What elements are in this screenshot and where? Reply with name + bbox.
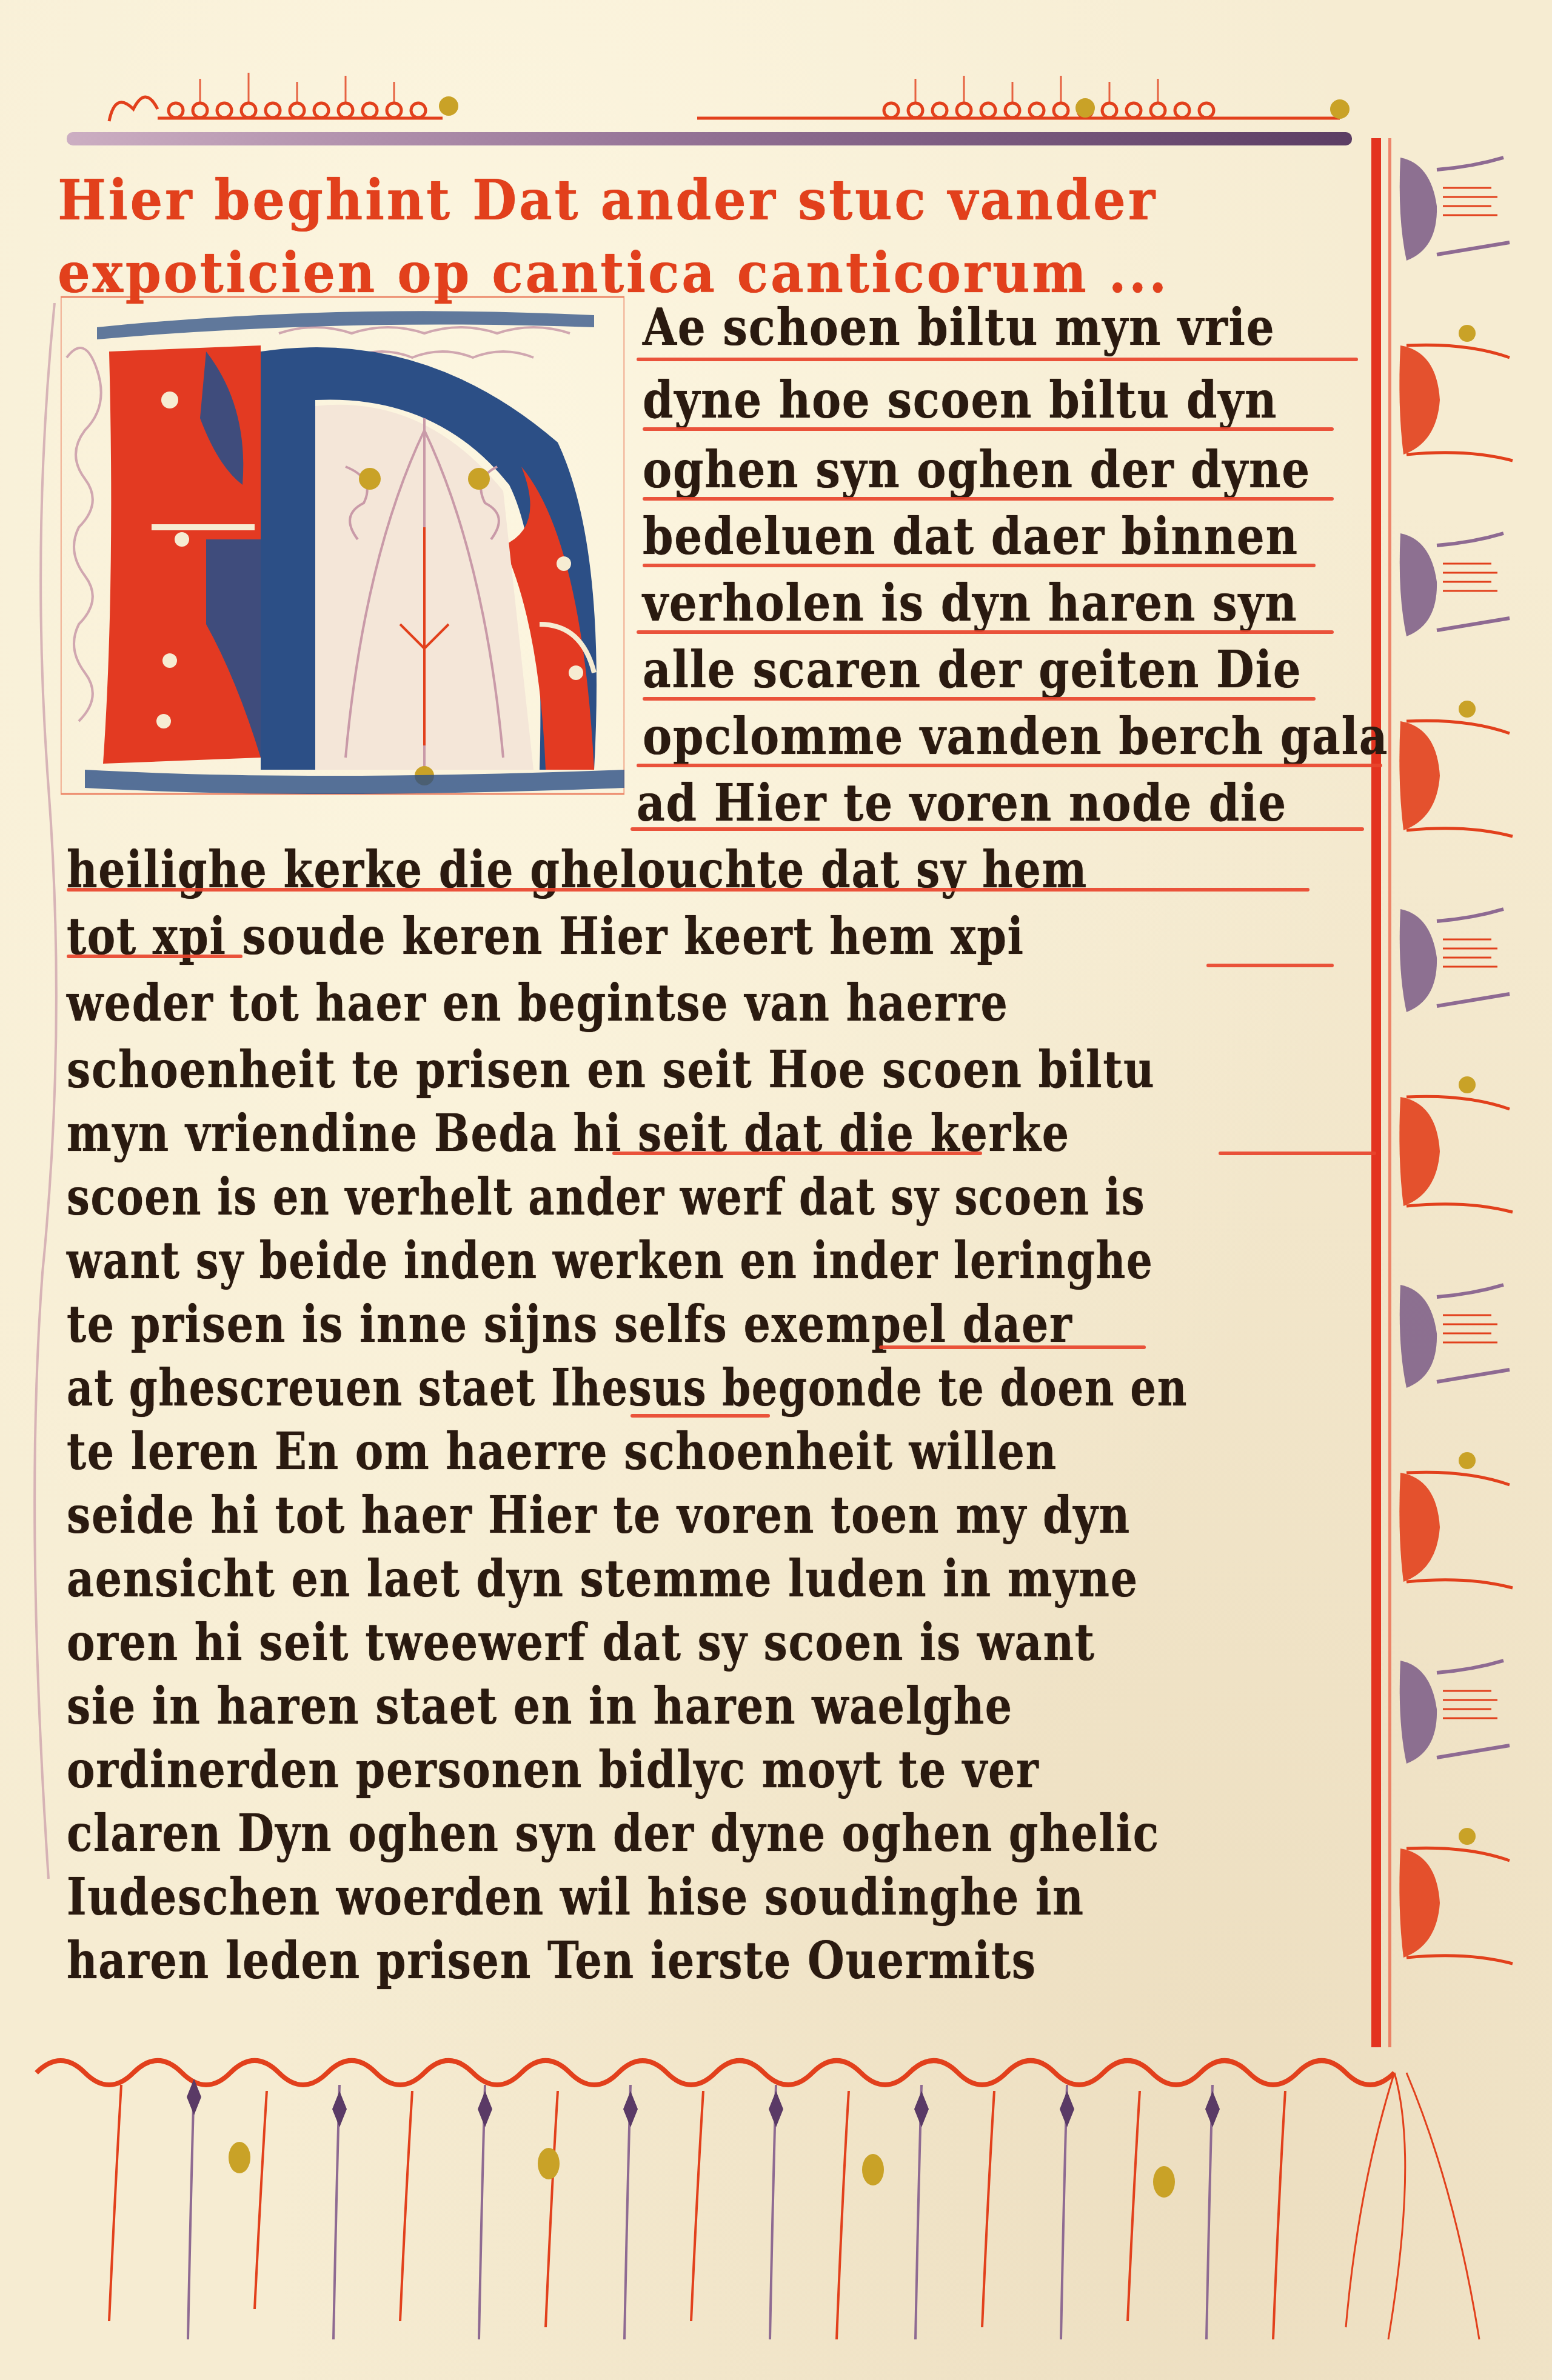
red-underline [630,1414,770,1418]
red-underline [1206,964,1334,967]
red-underline [643,564,1316,567]
right-red-rule-inner [1388,138,1391,2047]
red-underline [879,1345,1146,1349]
text-line-25: Iudeschen woerden wil hise soudinghe in [67,1867,1084,1927]
rubric-line-1: Hier beghint Dat ander stuc vander [58,164,1268,236]
text-line-26: haren leden prisen Ten ierste Ouermits [67,1930,1037,1990]
top-purple-rule [67,132,1352,145]
red-underline [637,630,1334,634]
text-line-19: seide hi tot haer Hier te voren toen my … [67,1485,1131,1545]
text-line-3: oghen syn oghen der dyne [643,439,1311,499]
text-line-2: dyne hoe scoen biltu dyn [643,370,1277,430]
text-line-7: opclomme vanden berch gala [643,706,1388,766]
red-underline [67,955,242,958]
red-underline [612,1152,982,1155]
text-line-22: sie in haren staet en in haren waelghe [67,1676,1013,1736]
bottom-penwork-border [24,2036,1491,2364]
text-line-15: want sy beide inden werken en inder leri… [67,1230,1153,1290]
text-line-20: aensicht en laet dyn stemme luden in myn… [67,1548,1139,1608]
text-line-14: scoen is en verhelt ander werf dat sy sc… [67,1167,1145,1227]
red-underline [637,764,1382,767]
red-underline [643,497,1334,501]
right-red-rule [1371,138,1381,2047]
red-underline [67,888,1309,892]
text-line-17: at ghescreuen staet Ihesus begonde te do… [67,1358,1188,1418]
red-underline [643,427,1334,431]
text-line-4: bedeluen dat daer binnen [643,506,1299,566]
red-underline [643,697,1316,701]
text-line-12: schoenheit te prisen en seit Hoe scoen b… [67,1039,1155,1099]
manuscript-page: Hier beghint Dat ander stuc vander expot… [0,0,1552,2380]
text-line-6: alle scaren der geiten Die [643,639,1302,699]
text-line-24: claren Dyn oghen syn der dyne oghen ghel… [67,1803,1160,1863]
red-underline [637,358,1358,361]
text-line-23: ordinerden personen bidlyc moyt te ver [67,1739,1039,1799]
text-line-11: weder tot haer en begintse van haerre [67,973,1008,1033]
text-line-18: te leren En om haerre schoenheit willen [67,1421,1057,1481]
red-underline [630,827,1364,831]
right-foliate-border [1394,145,1516,2055]
illuminated-initial-n [61,285,624,806]
text-line-21: oren hi seit tweewerf dat sy scoen is wa… [67,1612,1095,1672]
top-penwork-border [55,73,1358,127]
red-underline [1219,1152,1376,1155]
text-line-8: ad Hier te voren node die [637,773,1287,833]
text-line-1: Ae schoen biltu myn vrie [643,297,1275,357]
text-line-5: verholen is dyn haren syn [643,573,1297,633]
